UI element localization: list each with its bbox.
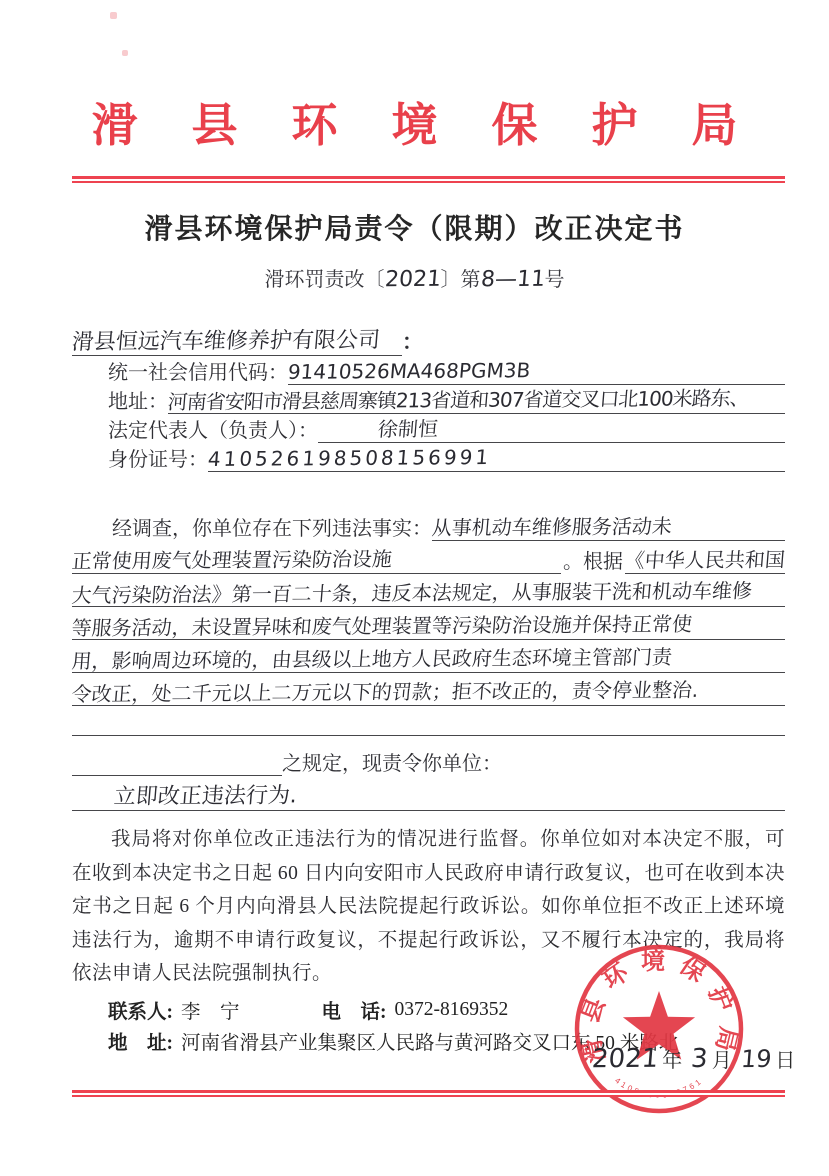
date-year-label: 年 [662,1050,682,1072]
document-page: 滑县环境保护局 滑县环境保护局责令（限期）改正决定书 滑环罚责改〔2021〕第8… [0,0,829,1176]
clause-text: 之规定，现责令你单位： [282,747,502,776]
handwritten-text: 等服务活动，未设置异味和废气处理装置等污染防治设施并保持正常使 [71,608,694,641]
doc-no-year: 2021 [383,267,441,292]
scan-speck [122,50,128,56]
contact-phone-number: 0372-8169352 [395,999,509,1021]
date-month-handwritten: 3 [690,1044,709,1074]
field-label: 地址： [108,385,168,414]
recipient-colon: ： [402,326,423,356]
field-value-handwritten: 410526198508156991 [207,445,492,471]
facts-handwritten-line5: 用，影响周边环境的，由县级以上地方人民政府生态环境主管部门责 [72,640,785,673]
date-line: 2021年 3月 19日 [588,1044,795,1074]
field-legal-representative: 法定代表人（负责人）： 徐制恒 [108,414,785,443]
facts-print-genju: 。根据 [561,545,625,574]
facts-handwritten-line3: 大气污染防治法》第一百二十条，违反本法规定，从事服装干洗和机动车维修 [72,574,785,607]
recipient-block: 滑县恒远汽车维修养护有限公司： 统一社会信用代码： 91410526MA468P… [72,320,785,472]
doc-no-mid: 〕第 [441,269,481,291]
clause-lead-underline [72,775,282,776]
handwritten-text: 大气污染防治法》第一百二十条，违反本法规定，从事服装干洗和机动车维修 [71,575,754,609]
contact-person-name: 李 宁 [181,996,240,1024]
field-credit-code: 统一社会信用代码： 91410526MA468PGM3B [108,356,785,385]
order-line: 立即改正违法行为. [72,776,785,811]
blank-underline [72,734,785,736]
field-id-number: 身份证号： 410526198508156991 [108,443,785,472]
date-month-label: 月 [712,1050,732,1072]
contact-person-label: 联系人: [108,996,173,1024]
facts-section: 经调查，你单位存在下列违法事实： 从事机动车维修服务活动未 正常使用废气处理装置… [72,508,785,706]
facts-hw-line2b: 《中华人民共和国 [624,543,786,573]
document-number: 滑环罚责改〔2021〕第8—11号 [0,263,829,292]
field-label: 身份证号： [108,443,208,472]
document-title: 滑县环境保护局责令（限期）改正决定书 [0,207,829,247]
footer-divider [72,1090,785,1097]
field-value-handwritten: 徐制恒 [377,417,439,441]
facts-handwritten-line4: 等服务活动，未设置异味和废气处理装置等污染防治设施并保持正常使 [72,607,785,640]
facts-intro-label: 经调查，你单位存在下列违法事实： [72,512,432,541]
facts-handwritten-line1: 从事机动车维修服务活动未 [431,510,673,541]
underline-gap [392,573,561,574]
field-address: 地址： 河南省安阳市滑县慈周寨镇213省道和307省道交叉口北100米路东、 [108,385,785,414]
order-handwritten: 立即改正违法行为. [113,778,299,810]
contact-phone-label: 电 话: [322,996,387,1024]
letterhead-divider [72,176,785,183]
scan-speck [110,12,117,19]
facts-hw-line2a: 正常使用废气处理装置污染防治设施 [71,543,394,574]
field-value-handwritten: 91410526MA468PGM3B [287,358,531,384]
recipient-company-line: 滑县恒远汽车维修养护有限公司： [72,320,785,356]
field-value-handwritten: 河南省安阳市滑县慈周寨镇213省道和307省道交叉口北100米路东、 [167,386,750,414]
handwritten-text: 用，影响周边环境的，由县级以上地方人民政府生态环境主管部门责 [71,641,674,674]
contact-address-label: 地 址: [108,1027,173,1055]
letterhead-org-name: 滑县环境保护局 [0,90,829,162]
field-label: 统一社会信用代码： [108,356,288,385]
facts-handwritten-line2: 正常使用废气处理装置污染防治设施 。根据 《中华人民共和国 [72,541,785,574]
doc-no-suffix: 号 [545,269,565,291]
doc-no-prefix: 滑环罚责改〔 [265,269,385,291]
date-day-handwritten: 19 [740,1045,773,1073]
date-year-handwritten: 2021 [591,1044,660,1074]
handwritten-text: 令改正，处二千元以上二万元以下的罚款；拒不改正的，责令停业整治. [71,674,700,707]
doc-no-num: 8—11 [479,267,545,292]
field-label: 法定代表人（负责人）： [108,414,318,443]
date-day-label: 日 [775,1050,795,1072]
clause-line: 之规定，现责令你单位： [72,744,785,776]
recipient-company-name: 滑县恒远汽车维修养护有限公司 [71,323,382,356]
facts-intro-line: 经调查，你单位存在下列违法事实： 从事机动车维修服务活动未 [72,508,785,541]
facts-handwritten-line6: 令改正，处二千元以上二万元以下的罚款；拒不改正的，责令停业整治. [72,673,785,706]
